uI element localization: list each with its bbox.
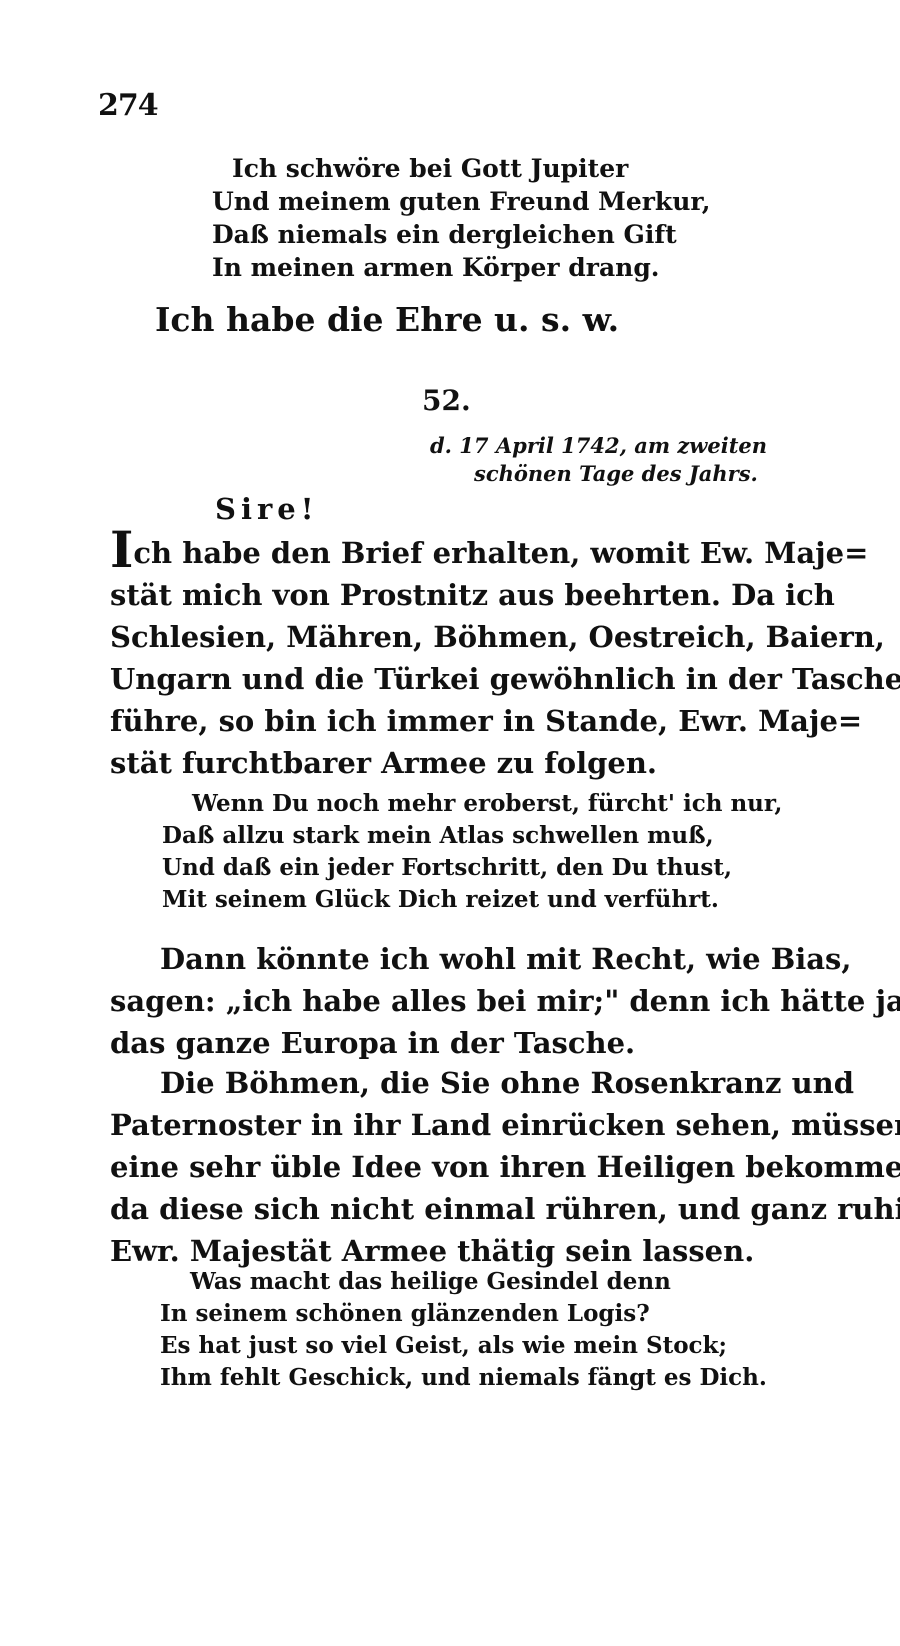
prose-line-text: ch habe den Brief erhalten, womit Ew. Ma… <box>133 536 868 570</box>
verse-stanza-jupiter: Ich schwöre bei Gott Jupiter Und meinem … <box>212 152 710 284</box>
prose-line: führe, so bin ich immer in Stande, Ewr. … <box>110 700 790 742</box>
prose-line: Ich habe den Brief erhalten, womit Ew. M… <box>110 530 790 574</box>
paragraph-bohemians: Die Böhmen, die Sie ohne Rosenkranz und … <box>110 1062 790 1272</box>
prose-line: sagen: „ich habe alles bei mir;" denn ic… <box>110 980 790 1022</box>
letter-number: 52. <box>422 384 471 417</box>
letter-closing: Ich habe die Ehre u. s. w. <box>155 300 619 339</box>
verse-line: Ihm fehlt Geschick, und niemals fängt es… <box>160 1362 767 1394</box>
verse-line: Was macht das heilige Gesindel denn <box>160 1266 767 1298</box>
dateline-line: d. 17 April 1742, am zweiten <box>430 432 767 460</box>
prose-line: Die Böhmen, die Sie ohne Rosenkranz und <box>110 1062 790 1104</box>
prose-line: Paternoster in ihr Land einrücken sehen,… <box>110 1104 790 1146</box>
prose-line: stät mich von Prostnitz aus beehrten. Da… <box>110 574 790 616</box>
verse-line: Und meinem guten Freund Merkur, <box>212 185 710 218</box>
prose-line: das ganze Europa in der Tasche. <box>110 1022 790 1064</box>
verse-line: In seinem schönen glänzenden Logis? <box>160 1298 767 1330</box>
verse-stanza-saints: Was macht das heilige Gesindel denn In s… <box>160 1266 767 1394</box>
verse-stanza-atlas: Wenn Du noch mehr eroberst, fürcht' ich … <box>162 788 782 916</box>
letter-salutation: Sire! <box>215 492 318 526</box>
prose-line: stät furchtbarer Armee zu folgen. <box>110 742 790 784</box>
verse-line: Ich schwöre bei Gott Jupiter <box>212 152 710 185</box>
verse-line: In meinen armen Körper drang. <box>212 251 710 284</box>
drop-cap: I <box>110 520 133 579</box>
prose-line: Ungarn und die Türkei gewöhnlich in der … <box>110 658 790 700</box>
verse-line: Daß niemals ein dergleichen Gift <box>212 218 710 251</box>
paragraph-bias: Dann könnte ich wohl mit Recht, wie Bias… <box>110 938 790 1064</box>
page-number: 274 <box>98 88 158 123</box>
paragraph-letter-opening: Ich habe den Brief erhalten, womit Ew. M… <box>110 530 790 784</box>
book-page: 274 Ich schwöre bei Gott Jupiter Und mei… <box>0 0 900 1646</box>
prose-line: da diese sich nicht einmal rühren, und g… <box>110 1188 790 1230</box>
verse-line: Daß allzu stark mein Atlas schwellen muß… <box>162 820 782 852</box>
verse-line: Und daß ein jeder Fortschritt, den Du th… <box>162 852 782 884</box>
verse-line: Wenn Du noch mehr eroberst, fürcht' ich … <box>162 788 782 820</box>
prose-line: Schlesien, Mähren, Böhmen, Oestreich, Ba… <box>110 616 790 658</box>
prose-line: Dann könnte ich wohl mit Recht, wie Bias… <box>110 938 790 980</box>
dateline-line: schönen Tage des Jahrs. <box>430 460 767 488</box>
verse-line: Es hat just so viel Geist, als wie mein … <box>160 1330 767 1362</box>
prose-line: eine sehr üble Idee von ihren Heiligen b… <box>110 1146 790 1188</box>
verse-line: Mit seinem Glück Dich reizet und verführ… <box>162 884 782 916</box>
letter-dateline: d. 17 April 1742, am zweiten schönen Tag… <box>430 432 767 488</box>
